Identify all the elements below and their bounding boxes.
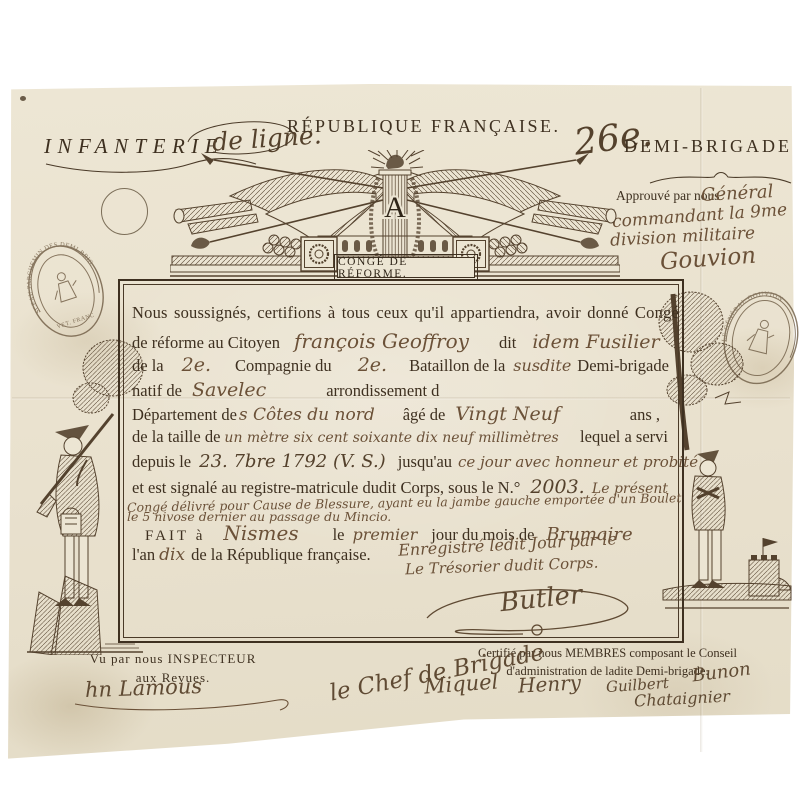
body-l5-printed1: Département de — [132, 405, 237, 425]
body-l6-printed1: de la taille de — [132, 427, 220, 447]
company-number-hw: 2e. — [182, 354, 211, 376]
body-l11-printed2: le — [333, 525, 345, 545]
republic-title: RÉPUBLIQUE FRANÇAISE. — [287, 116, 561, 137]
place-made-hw: Nismes — [223, 521, 298, 545]
susdite-hw: susdite — [513, 356, 571, 375]
department-hw: s Côtes du nord — [239, 405, 375, 425]
service-until-hw: ce jour avec honneur et probité — [458, 453, 698, 471]
body-l3-printed4: Demi-brigade — [577, 356, 669, 376]
body-line1: Nous soussignés, certifions à tous ceux … — [132, 303, 668, 323]
council-signature-2: Henry — [517, 670, 581, 697]
body-l4-printed2: arrondissement d — [326, 381, 439, 401]
body-l12-printed1: l'an — [132, 545, 155, 565]
document-photo: INFANTERIE de ligne. RÉPUBLIQUE FRANÇAIS… — [0, 0, 800, 800]
banner-title: CONGÉ DE RÉFORME. — [338, 256, 474, 280]
body-l3-printed2: Compagnie du — [235, 356, 332, 376]
body-l4-printed1: natif de — [132, 381, 182, 401]
height-hw: un mètre six cent soixante dix neuf mill… — [224, 430, 558, 446]
paper-speck — [20, 96, 26, 101]
svg-text:SCEAU PARCHEMIN DES DEMI-BRIG.: SCEAU PARCHEMIN DES DEMI-BRIG. — [20, 240, 105, 315]
body-l2-printed2: dit — [499, 333, 516, 353]
left-stamp-arc-text: SCEAU PARCHEMIN DES DEMI-BRIG. — [20, 240, 105, 315]
left-oval-stamp: SCEAU PARCHEMIN DES DEMI-BRIG. VET. FRAN… — [20, 240, 112, 342]
soldier-name-hw: françois Geoffroy — [294, 329, 469, 353]
inspector-attestation-line1: Vu par nous INSPECTEUR — [68, 650, 278, 669]
enlist-date-hw: 23. 7bre 1792 (V. S.) — [199, 451, 386, 472]
birthplace-hw: Savelec — [192, 379, 266, 401]
body-l12-printed2: de la République française. — [191, 545, 371, 565]
inspector-signature-flourish — [70, 692, 300, 718]
body-l2-printed1: de réforme au Citoyen — [132, 333, 280, 353]
body-l3-printed3: Bataillon de la — [409, 356, 505, 376]
body-l7-printed1: depuis le — [132, 452, 191, 472]
year-hw: dix — [159, 545, 185, 565]
body-l3-printed1: de la — [132, 356, 164, 376]
age-hw: Vingt Neuf — [455, 403, 560, 425]
blank-circle-seal — [101, 188, 148, 235]
fait-a-printed: FAIT à — [145, 528, 205, 545]
body-l6-printed2: lequel a servi — [580, 427, 668, 447]
body-l7-printed2: jusqu'au — [398, 452, 452, 472]
liberty-cap — [386, 155, 404, 169]
body-l5-printed3: ans , — [630, 405, 668, 425]
body-l5-printed2: âgé de — [403, 405, 446, 425]
brigade-word: DEMI-BRIGADE — [624, 136, 792, 157]
banner-title-box: CONGÉ DE RÉFORME. — [337, 257, 475, 278]
battalion-number-hw: 2e. — [358, 354, 387, 376]
left-stamp-base-text: VET. FRANC — [56, 313, 95, 331]
soldier-alias-hw: idem Fusilier — [532, 331, 659, 353]
column-monogram: A — [384, 191, 406, 224]
